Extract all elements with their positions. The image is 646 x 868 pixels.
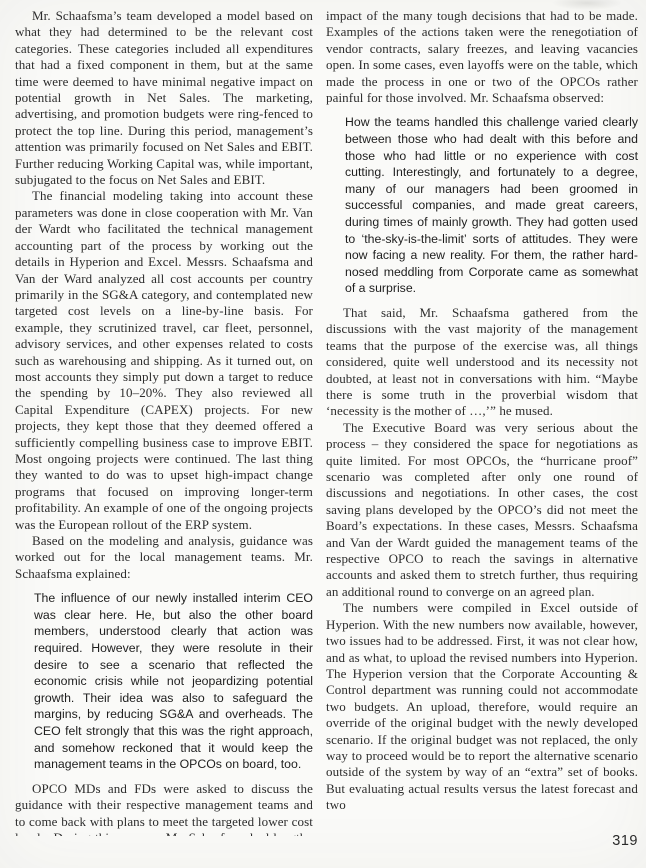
paragraph-body: The Executive Board was very serious abo… <box>326 420 638 600</box>
left-column: Mr. Schaafsma’s team developed a model b… <box>15 8 313 836</box>
paragraph-body: Based on the modeling and analysis, guid… <box>15 533 313 582</box>
block-quote: How the teams handled this challenge var… <box>345 114 638 297</box>
paragraph-body: impact of the many tough decisions that … <box>326 8 638 106</box>
two-column-text: Mr. Schaafsma’s team developed a model b… <box>0 0 646 836</box>
paragraph-body: The numbers were compiled in Excel outsi… <box>326 600 638 813</box>
right-column: impact of the many tough decisions that … <box>326 8 638 836</box>
paragraph-body: OPCO MDs and FDs were asked to discuss t… <box>15 781 313 836</box>
block-quote: The influence of our newly installed int… <box>34 590 313 773</box>
paragraph-body: That said, Mr. Schaafsma gathered from t… <box>326 305 638 420</box>
paragraph-body: Mr. Schaafsma’s team developed a model b… <box>15 8 313 188</box>
book-page: Mr. Schaafsma’s team developed a model b… <box>0 0 646 868</box>
paragraph-body: The financial modeling taking into accou… <box>15 188 313 533</box>
page-number: 319 <box>612 834 638 849</box>
